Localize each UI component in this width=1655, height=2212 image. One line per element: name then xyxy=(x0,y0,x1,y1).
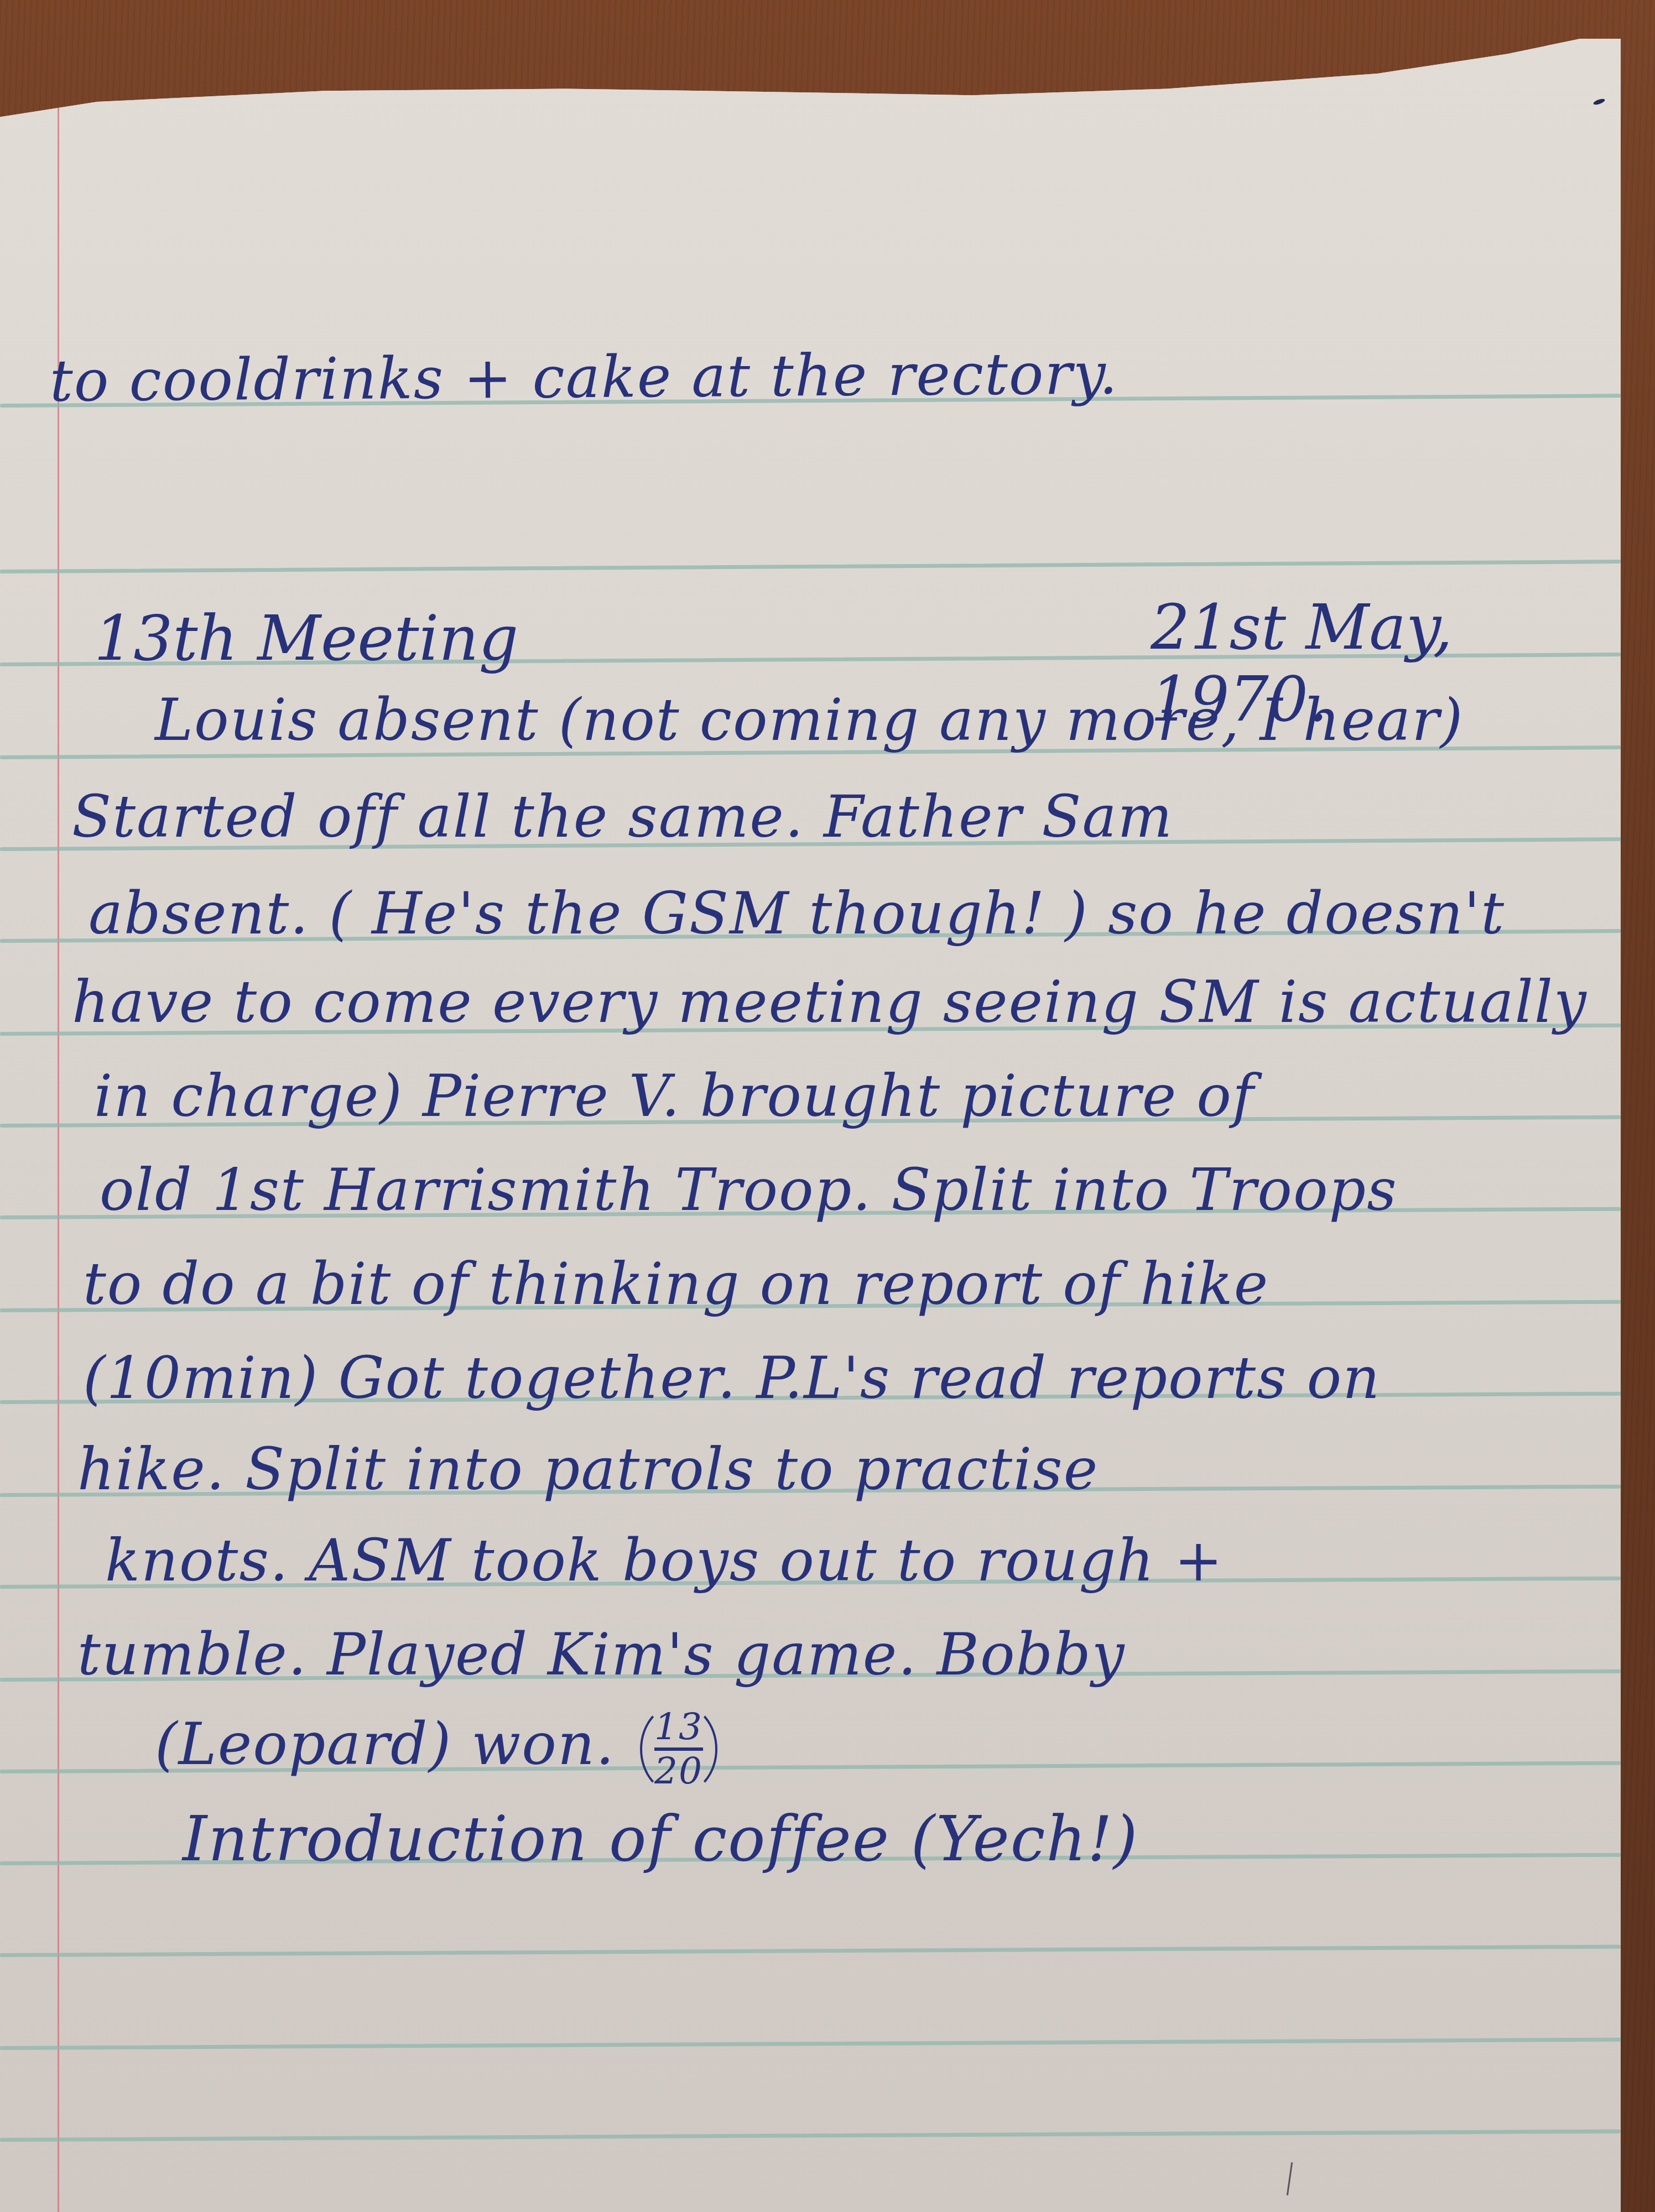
continuation-line: to cooldrinks + cake at the rectory. xyxy=(50,345,1119,409)
score-denominator: 20 xyxy=(654,1751,703,1790)
minutes-line-2: Started off all the same. Father Sam xyxy=(72,788,1173,846)
minutes-line-1: Louis absent (not coming any more, I hea… xyxy=(155,691,1464,749)
handwritten-text: to cooldrinks + cake at the rectory. 13t… xyxy=(0,39,1621,2212)
score-numerator: 13 xyxy=(654,1709,703,1751)
minutes-line-6: old 1st Harrismith Troop. Split into Tro… xyxy=(100,1161,1398,1219)
score-fraction: 13 20 xyxy=(640,1703,717,1795)
meeting-title: 13th Meeting xyxy=(94,603,518,675)
minutes-line-8: (10min) Got together. P.L's read reports… xyxy=(83,1349,1381,1407)
minutes-line-7: to do a bit of thinking on report of hik… xyxy=(83,1255,1269,1313)
minutes-line-4: have to come every meeting seeing SM is … xyxy=(72,973,1588,1031)
minutes-final-line: Introduction of coffee (Yech!) xyxy=(183,1808,1138,1870)
winner-text: (Leopard) won. xyxy=(155,1710,615,1778)
minutes-line-9: hike. Split into patrols to practise xyxy=(77,1441,1099,1498)
minutes-line-10: knots. ASM took boys out to rough + xyxy=(105,1532,1224,1589)
minutes-line-11: tumble. Played Kim's game. Bobby xyxy=(77,1626,1125,1683)
minutes-line-3: absent. ( He's the GSM though! ) so he d… xyxy=(89,885,1505,942)
minutes-line-12: (Leopard) won. 13 20 xyxy=(155,1703,717,1795)
minutes-line-5: in charge) Pierre V. brought picture of xyxy=(94,1067,1255,1125)
notebook-page: to cooldrinks + cake at the rectory. 13t… xyxy=(0,39,1621,2212)
